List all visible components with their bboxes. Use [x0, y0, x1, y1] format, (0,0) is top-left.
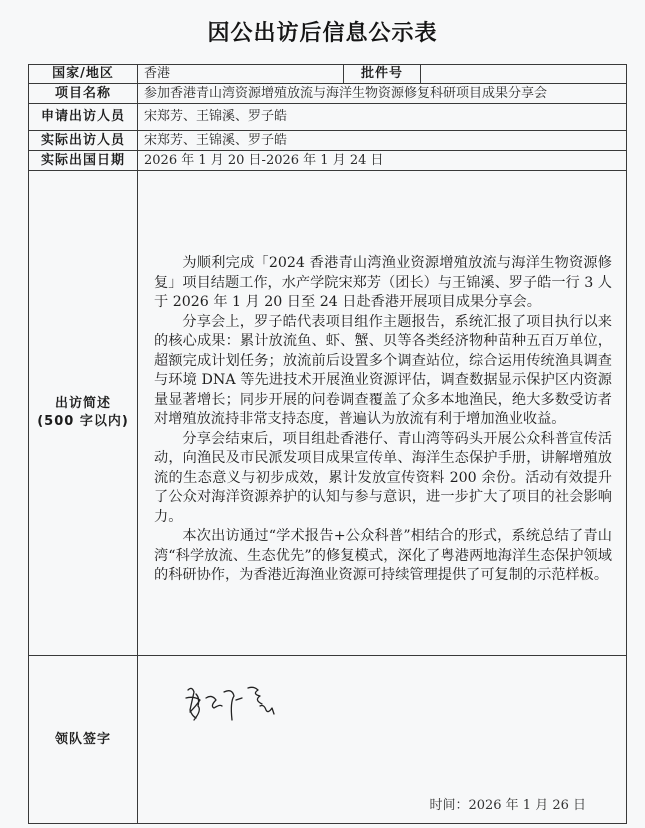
document-title: 因公出访后信息公示表 [0, 16, 645, 47]
country-label: 国家/地区 [29, 65, 138, 84]
disclosure-form-table: 国家/地区 香港 批件号 项目名称 参加香港青山湾资源增殖放流与海洋生物资源修复… [28, 64, 627, 824]
leader-signature-label: 领队签字 [29, 656, 138, 824]
actual-members-label: 实际出访人员 [29, 131, 138, 151]
leader-signature-cell: 时间：2026 年 1 月 26 日 [138, 656, 627, 824]
batch-no-label: 批件号 [344, 65, 421, 84]
description-paragraph: 本次出访通过“学术报告+公众科普”相结合的形式，系统总结了青山湾“科学放流、生态… [154, 527, 612, 586]
row-actual-members: 实际出访人员 宋郑芳、王锦溪、罗子皓 [29, 131, 627, 151]
actual-dates-label: 实际出国日期 [29, 151, 138, 171]
row-country: 国家/地区 香港 批件号 [29, 65, 627, 84]
project-name-value: 参加香港青山湾资源增殖放流与海洋生物资源修复科研项目成果分享会 [138, 84, 627, 104]
row-leader-signature: 领队签字 时间：2026 年 1 月 26 日 [29, 656, 627, 824]
row-project-name: 项目名称 参加香港青山湾资源增殖放流与海洋生物资源修复科研项目成果分享会 [29, 84, 627, 104]
description-label: 出访简述 (500 字以内) [29, 171, 138, 656]
batch-no-value [421, 65, 627, 84]
applied-members-label: 申请出访人员 [29, 104, 138, 131]
description-label-title: 出访简述 [35, 395, 131, 413]
handwritten-signature-icon [180, 676, 300, 736]
row-description: 出访简述 (500 字以内) 为顺利完成「2024 香港青山湾渔业资源增殖放流与… [29, 171, 627, 656]
description-cell: 为顺利完成「2024 香港青山湾渔业资源增殖放流与海洋生物资源修复」项目结题工作… [138, 171, 627, 656]
description-label-limit: (500 字以内) [35, 413, 131, 431]
actual-members-value: 宋郑芳、王锦溪、罗子皓 [138, 131, 627, 151]
row-actual-dates: 实际出国日期 2026 年 1 月 20 日-2026 年 1 月 24 日 [29, 151, 627, 171]
row-applied-members: 申请出访人员 宋郑芳、王锦溪、罗子皓 [29, 104, 627, 131]
description-paragraph: 分享会结束后，项目组赴香港仔、青山湾等码头开展公众科普宣传活动，向渔民及市民派发… [154, 430, 612, 528]
actual-dates-value: 2026 年 1 月 20 日-2026 年 1 月 24 日 [138, 151, 627, 171]
description-paragraph: 为顺利完成「2024 香港青山湾渔业资源增殖放流与海洋生物资源修复」项目结题工作… [154, 254, 612, 313]
description-body: 为顺利完成「2024 香港青山湾渔业资源增殖放流与海洋生物资源修复」项目结题工作… [144, 240, 620, 586]
applied-members-value: 宋郑芳、王锦溪、罗子皓 [138, 104, 627, 131]
project-name-label: 项目名称 [29, 84, 138, 104]
country-value: 香港 [138, 65, 344, 84]
signature-date: 时间：2026 年 1 月 26 日 [429, 797, 586, 815]
description-paragraph: 分享会上，罗子皓代表项目组作主题报告，系统汇报了项目执行以来的核心成果：累计放流… [154, 313, 612, 430]
